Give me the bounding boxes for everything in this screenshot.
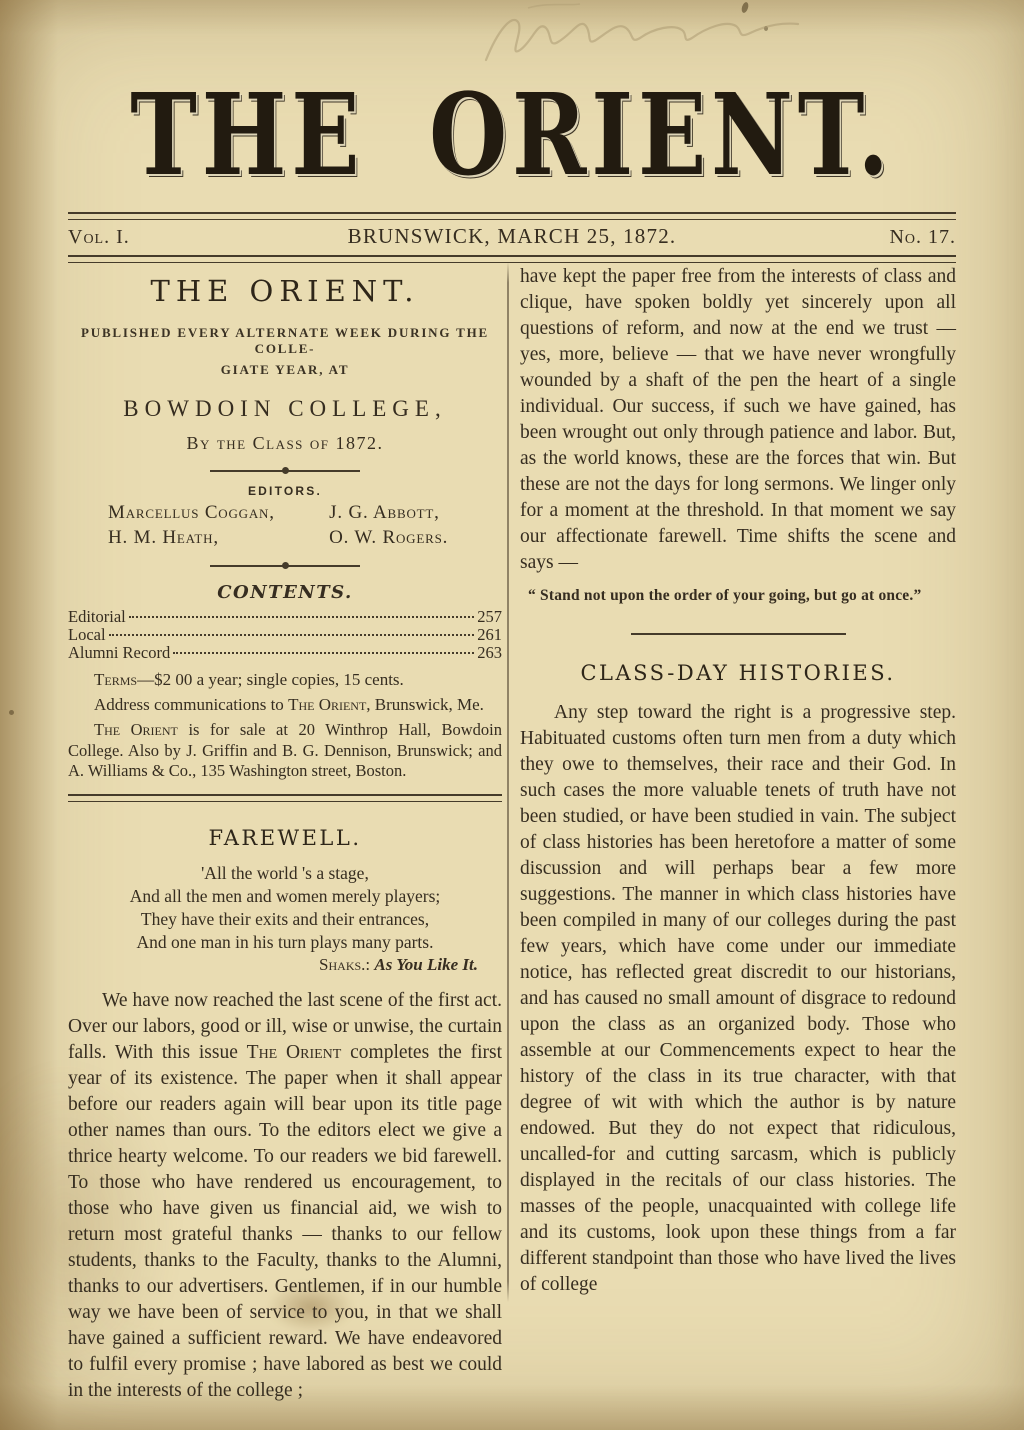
editor-name: O. W. Rogers. — [329, 527, 496, 549]
address-post: , Brunswick, Me. — [366, 695, 484, 714]
attribution-author: Shaks.: — [319, 955, 374, 974]
farewell-article-body: We have now reached the last scene of th… — [68, 988, 502, 1404]
body-orient: The Orient — [247, 1042, 342, 1063]
volume-label: Vol. I. — [68, 226, 208, 249]
left-column: THE ORIENT. PUBLISHED EVERY ALTERNATE WE… — [68, 264, 502, 1404]
leader-dots — [173, 652, 474, 654]
horizontal-rule — [68, 794, 502, 802]
editors-list: Marcellus Coggan, J. G. Abbott, H. M. He… — [68, 498, 502, 549]
address-pre: Address communications to — [94, 695, 288, 714]
body-post: completes the first year of its existenc… — [68, 1042, 502, 1401]
terms-lead: Terms — [94, 670, 137, 689]
contents-title: Local — [68, 626, 106, 644]
epigraph-line: And one man in his turn plays many parts… — [68, 931, 502, 954]
class-day-article-body: Any step toward the right is a progressi… — [520, 700, 956, 1298]
publication-info-line1: PUBLISHED EVERY ALTERNATE WEEK DURING TH… — [68, 325, 502, 357]
terms-rest: —$2 00 a year; single copies, 15 cents. — [137, 670, 404, 689]
class-line: By the Class of 1872. — [68, 433, 502, 454]
publication-info-line2: GIATE YEAR, AT — [68, 362, 502, 378]
paper-title: THE ORIENT. — [68, 274, 502, 308]
paper-edge-shadow-left — [0, 0, 58, 1430]
address-line: Address communications to The Orient, Br… — [68, 695, 502, 715]
contents-label: CONTENTS. — [68, 582, 502, 603]
attribution-work: As You Like It. — [374, 955, 478, 974]
handwriting-mark — [468, 0, 828, 80]
epigraph-line: 'All the world 's a stage, — [68, 862, 502, 885]
contents-page: 263 — [477, 644, 502, 662]
dateline: Vol. I. BRUNSWICK, MARCH 25, 1872. No. 1… — [68, 224, 956, 249]
editor-name: H. M. Heath, — [108, 527, 329, 549]
issue-number-label: No. 17. — [816, 226, 956, 249]
table-of-contents: Editorial 257 Local 261 Alumni Record 26… — [68, 608, 502, 662]
article-title-class-day: CLASS-DAY HISTORIES. — [520, 661, 956, 685]
farewell-continuation: have kept the paper free from the intere… — [520, 264, 956, 576]
contents-row: Editorial 257 — [68, 608, 502, 626]
contents-title: Alumni Record — [68, 644, 170, 662]
address-orient: The Orient — [288, 695, 366, 714]
editor-name: J. G. Abbott, — [329, 502, 496, 524]
contents-row: Alumni Record 263 — [68, 644, 502, 662]
leader-dots — [129, 616, 475, 618]
editors-label: EDITORS. — [68, 484, 502, 498]
newspaper-page: THE ORIENT. Vol. I. BRUNSWICK, MARCH 25,… — [0, 0, 1024, 1430]
epigraph: 'All the world 's a stage, And all the m… — [68, 862, 502, 954]
leader-dots — [109, 634, 475, 636]
place-date-label: BRUNSWICK, MARCH 25, 1872. — [208, 224, 816, 249]
ornament-divider — [210, 562, 360, 569]
contents-row: Local 261 — [68, 626, 502, 644]
epigraph-line: And all the men and women merely players… — [68, 885, 502, 908]
right-column: have kept the paper free from the intere… — [520, 264, 956, 1298]
masthead-title: THE ORIENT. — [102, 80, 921, 192]
sale-info: The Orient is for sale at 20 Winthrop Ha… — [68, 720, 502, 782]
contents-title: Editorial — [68, 608, 126, 626]
horizontal-rule — [68, 255, 956, 263]
ornament-divider — [210, 467, 360, 474]
editor-name: Marcellus Coggan, — [108, 502, 329, 524]
epigraph-attribution: Shaks.: As You Like It. — [68, 955, 502, 975]
sale-lead: The Orient — [94, 720, 178, 739]
horizontal-rule — [68, 212, 956, 220]
column-divider — [507, 262, 509, 1302]
contents-page: 257 — [477, 608, 502, 626]
scene-quote: “ Stand not upon the order of your going… — [520, 587, 956, 605]
college-name: BOWDOIN COLLEGE, — [68, 396, 502, 422]
contents-page: 261 — [477, 626, 502, 644]
horizontal-rule — [631, 633, 846, 635]
epigraph-line: They have their exits and their entrance… — [68, 908, 502, 931]
terms-line: Terms—$2 00 a year; single copies, 15 ce… — [68, 670, 502, 690]
article-title-farewell: FAREWELL. — [68, 826, 502, 850]
